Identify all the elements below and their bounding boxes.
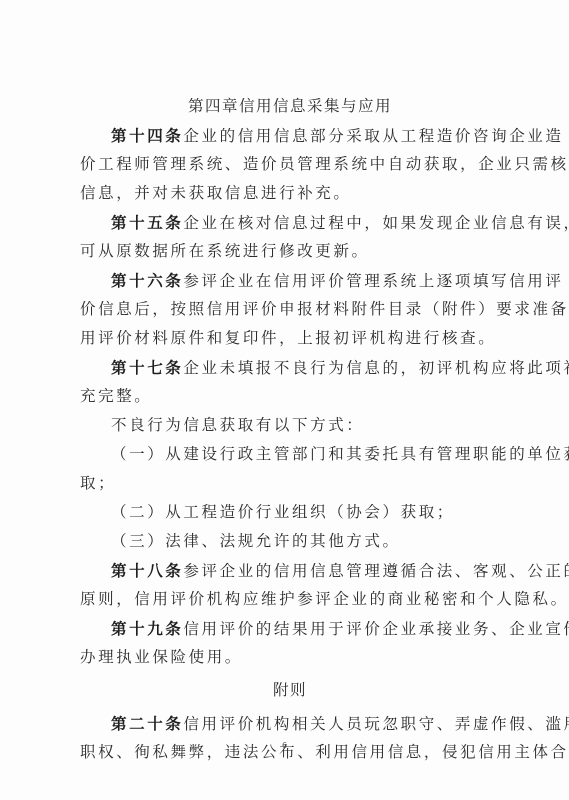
article-17-line-2: 充完整。 <box>80 382 500 411</box>
article-text: 企业的信用信息部分采取从工程造价咨询企业造 <box>183 127 563 145</box>
article-14-line-2: 价工程师管理系统、造价员管理系统中自动获取，企业只需核对 <box>80 150 500 179</box>
article-18-line-2: 原则，信用评价机构应维护参评企业的商业秘密和个人隐私。 <box>80 585 500 614</box>
article-14-line-1: 第十四条企业的信用信息部分采取从工程造价咨询企业造 <box>80 121 500 150</box>
bad-behavior-intro: 不良行为信息获取有以下方式： <box>80 411 500 440</box>
article-text: 企业未填报不良行为信息的，初评机构应将此项补 <box>183 359 569 377</box>
article-19-line-2: 办理执业保险使用。 <box>80 643 500 672</box>
article-16-line-3: 用评价材料原件和复印件，上报初评机构进行核查。 <box>80 324 500 353</box>
article-text: 信用评价的结果用于评价企业承接业务、企业宣传、 <box>183 620 569 638</box>
article-number: 第十四条 <box>111 126 183 145</box>
article-19-line-1: 第十九条信用评价的结果用于评价企业承接业务、企业宣传、 <box>80 614 500 643</box>
bad-behavior-item-2: （二）从工程造价行业组织（协会）获取； <box>80 498 500 527</box>
article-20-line-1: 第二十条信用评价机构相关人员玩忽职守、弄虚作假、滥用 <box>80 709 500 738</box>
article-15-line-2: 可从原数据所在系统进行修改更新。 <box>80 237 500 266</box>
chapter-title: 第四章信用信息采集与应用 <box>80 92 500 121</box>
article-number: 第十九条 <box>111 619 183 638</box>
supplementary-title: 附则 <box>80 676 500 705</box>
article-text: 企业在核对信息过程中，如果发现企业信息有误， <box>183 214 569 232</box>
article-17-line-1: 第十七条企业未填报不良行为信息的，初评机构应将此项补 <box>80 353 500 382</box>
article-number: 第十六条 <box>111 271 183 290</box>
article-16-line-2: 价信息后，按照信用评价申报材料附件目录（附件）要求准备信 <box>80 295 500 324</box>
document-page: 第四章信用信息采集与应用 第十四条企业的信用信息部分采取从工程造价咨询企业造 价… <box>0 0 569 800</box>
article-16-line-1: 第十六条参评企业在信用评价管理系统上逐项填写信用评 <box>80 266 500 295</box>
page-number: 6 <box>0 741 569 750</box>
article-18-line-1: 第十八条参评企业的信用信息管理遵循合法、客观、公正的 <box>80 556 500 585</box>
bad-behavior-item-1-line-2: 取； <box>80 469 500 498</box>
article-number: 第十八条 <box>111 561 183 580</box>
bad-behavior-item-3: （三）法律、法规允许的其他方式。 <box>80 527 500 556</box>
article-text: 信用评价机构相关人员玩忽职守、弄虚作假、滥用 <box>183 715 569 733</box>
article-14-line-3: 信息，并对未获取信息进行补充。 <box>80 179 500 208</box>
article-text: 参评企业在信用评价管理系统上逐项填写信用评 <box>183 272 563 290</box>
article-number: 第二十条 <box>111 714 183 733</box>
article-15-line-1: 第十五条企业在核对信息过程中，如果发现企业信息有误， <box>80 208 500 237</box>
bad-behavior-item-1-line-1: （一）从建设行政主管部门和其委托具有管理职能的单位获 <box>80 440 500 469</box>
article-number: 第十七条 <box>111 358 183 377</box>
article-text: 参评企业的信用信息管理遵循合法、客观、公正的 <box>183 562 569 580</box>
article-number: 第十五条 <box>111 213 183 232</box>
document-body: 第四章信用信息采集与应用 第十四条企业的信用信息部分采取从工程造价咨询企业造 价… <box>80 92 500 767</box>
